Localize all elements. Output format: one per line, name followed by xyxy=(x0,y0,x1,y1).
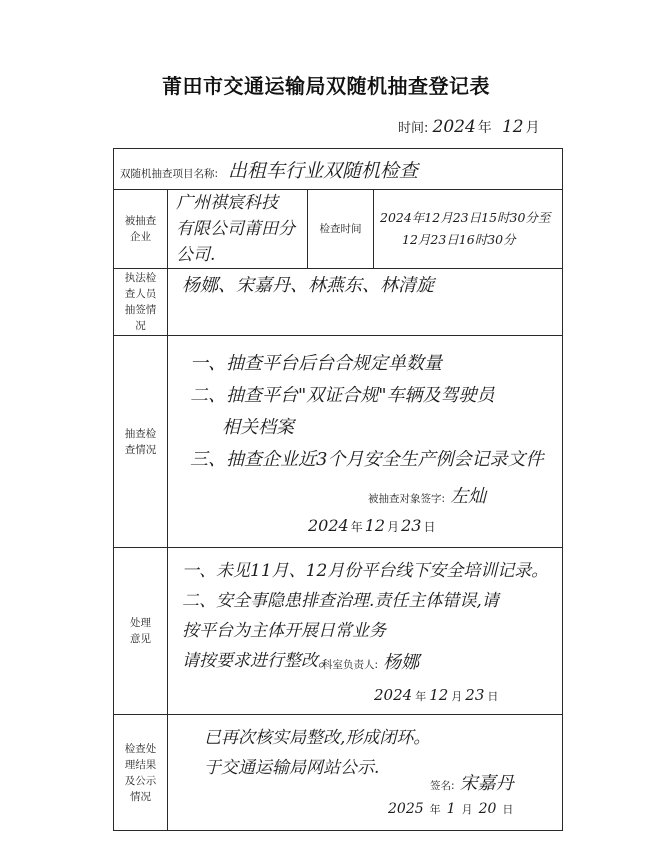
opinion-date: 2024年12月23日 xyxy=(374,686,501,704)
opinion-label-cell: 处理意见 xyxy=(114,548,168,715)
findings-list: 一、抽查平台后台合规定单数量 二、抽查平台"双证合规"车辆及驾驶员 相关档案 三… xyxy=(190,348,543,476)
time-label: 时间: xyxy=(398,121,428,136)
project-value: 出租车行业双随机检查 xyxy=(228,160,418,182)
time-year-unit: 年 xyxy=(478,120,492,136)
result-item: 已再次核实局整改,形成闭环。 xyxy=(204,723,430,753)
result-label-cell: 检查处理结果及公示情况 xyxy=(114,715,168,831)
finding-item: 一、抽查平台后台合规定单数量 xyxy=(190,348,543,380)
findings-row: 抽查检查情况 一、抽查平台后台合规定单数量 二、抽查平台"双证合规"车辆及驾驶员… xyxy=(114,336,563,548)
inspect-time-value-cell: 2024年12月23日15时30分至 12月23日16时30分 xyxy=(374,190,563,269)
inspection-form-table: 双随机抽查项目名称:出租车行业双随机检查 被抽查企业 广州祺宸科技 有限公司莆田… xyxy=(113,148,563,831)
result-date: 2025年1月20日 xyxy=(388,801,519,817)
opinion-item: 按平台为主体开展日常业务 xyxy=(182,616,548,646)
project-cell: 双随机抽查项目名称:出租车行业双随机检查 xyxy=(114,149,563,190)
company-value-cell: 广州祺宸科技 有限公司莆田分公司. xyxy=(168,190,308,269)
opinion-row: 处理意见 一、未见11月、12月份平台线下安全培训记录。 二、安全事隐患排查治理… xyxy=(114,548,563,715)
findings-label-cell: 抽查检查情况 xyxy=(114,336,168,548)
finding-item: 三、抽查企业近3个月安全生产例会记录文件 xyxy=(190,444,543,476)
company-label-cell: 被抽查企业 xyxy=(114,190,168,269)
result-item: 于交通运输局网站公示. xyxy=(204,753,430,783)
opinion-value-cell: 一、未见11月、12月份平台线下安全培训记录。 二、安全事隐患排查治理.责任主体… xyxy=(168,548,563,715)
company-value: 广州祺宸科技 有限公司莆田分公司. xyxy=(168,190,307,268)
inspect-time-value: 2024年12月23日15时30分至 12月23日16时30分 xyxy=(374,207,562,251)
findings-signature: 被抽查对象签字: 左灿 xyxy=(368,482,608,508)
findings-date: 2024年12月23日 xyxy=(308,516,437,535)
inspectors-value-cell: 杨娜、宋嘉丹、林燕东、林清旋 xyxy=(168,269,563,336)
finding-item: 二、抽查平台"双证合规"车辆及驾驶员 xyxy=(190,380,543,412)
result-list: 已再次核实局整改,形成闭环。 于交通运输局网站公示. xyxy=(204,723,430,783)
opinion-sig-name: 杨娜 xyxy=(383,652,419,673)
time-month: 12 xyxy=(502,117,524,137)
result-sig-label: 签名: xyxy=(430,780,455,792)
inspectors-value: 杨娜、宋嘉丹、林燕东、林清旋 xyxy=(182,271,434,297)
finding-item: 相关档案 xyxy=(190,412,543,444)
findings-sig-label: 被抽查对象签字: xyxy=(368,493,445,505)
time-year: 2024 xyxy=(433,117,476,137)
opinion-signature: 科室负责人: 杨娜 xyxy=(322,648,419,674)
project-label: 双随机抽查项目名称: xyxy=(114,168,218,180)
opinion-item: 二、安全事隐患排查治理.责任主体错误,请 xyxy=(182,586,548,616)
inspectors-label-cell: 执法检查人员抽签情况 xyxy=(114,269,168,336)
time-month-unit: 月 xyxy=(526,120,540,136)
result-signature: 签名: 宋嘉丹 xyxy=(430,769,514,795)
result-label: 检查处理结果及公示情况 xyxy=(114,741,167,805)
findings-sig-name: 左灿 xyxy=(450,486,486,507)
opinion-label: 处理意见 xyxy=(114,615,167,647)
findings-label: 抽查检查情况 xyxy=(114,426,167,458)
inspect-time-label: 检查时间 xyxy=(308,221,373,237)
opinion-item: 一、未见11月、12月份平台线下安全培训记录。 xyxy=(182,556,548,586)
result-row: 检查处理结果及公示情况 已再次核实局整改,形成闭环。 于交通运输局网站公示. 签… xyxy=(114,715,563,831)
project-row: 双随机抽查项目名称:出租车行业双随机检查 xyxy=(114,149,563,190)
inspect-time-label-cell: 检查时间 xyxy=(308,190,374,269)
document-title: 莆田市交通运输局双随机抽查登记表 xyxy=(0,70,652,99)
company-label: 被抽查企业 xyxy=(114,213,167,245)
inspectors-row: 执法检查人员抽签情况 杨娜、宋嘉丹、林燕东、林清旋 xyxy=(114,269,563,336)
opinion-sig-label: 科室负责人: xyxy=(322,659,378,671)
company-row: 被抽查企业 广州祺宸科技 有限公司莆田分公司. 检查时间 2024年12月23日… xyxy=(114,190,563,269)
document-date: 时间: 2024年 12月 xyxy=(398,117,546,137)
result-sig-name: 宋嘉丹 xyxy=(460,773,514,794)
result-value-cell: 已再次核实局整改,形成闭环。 于交通运输局网站公示. 签名: 宋嘉丹 2025年… xyxy=(168,715,563,831)
findings-value-cell: 一、抽查平台后台合规定单数量 二、抽查平台"双证合规"车辆及驾驶员 相关档案 三… xyxy=(168,336,563,548)
inspectors-label: 执法检查人员抽签情况 xyxy=(114,270,167,334)
